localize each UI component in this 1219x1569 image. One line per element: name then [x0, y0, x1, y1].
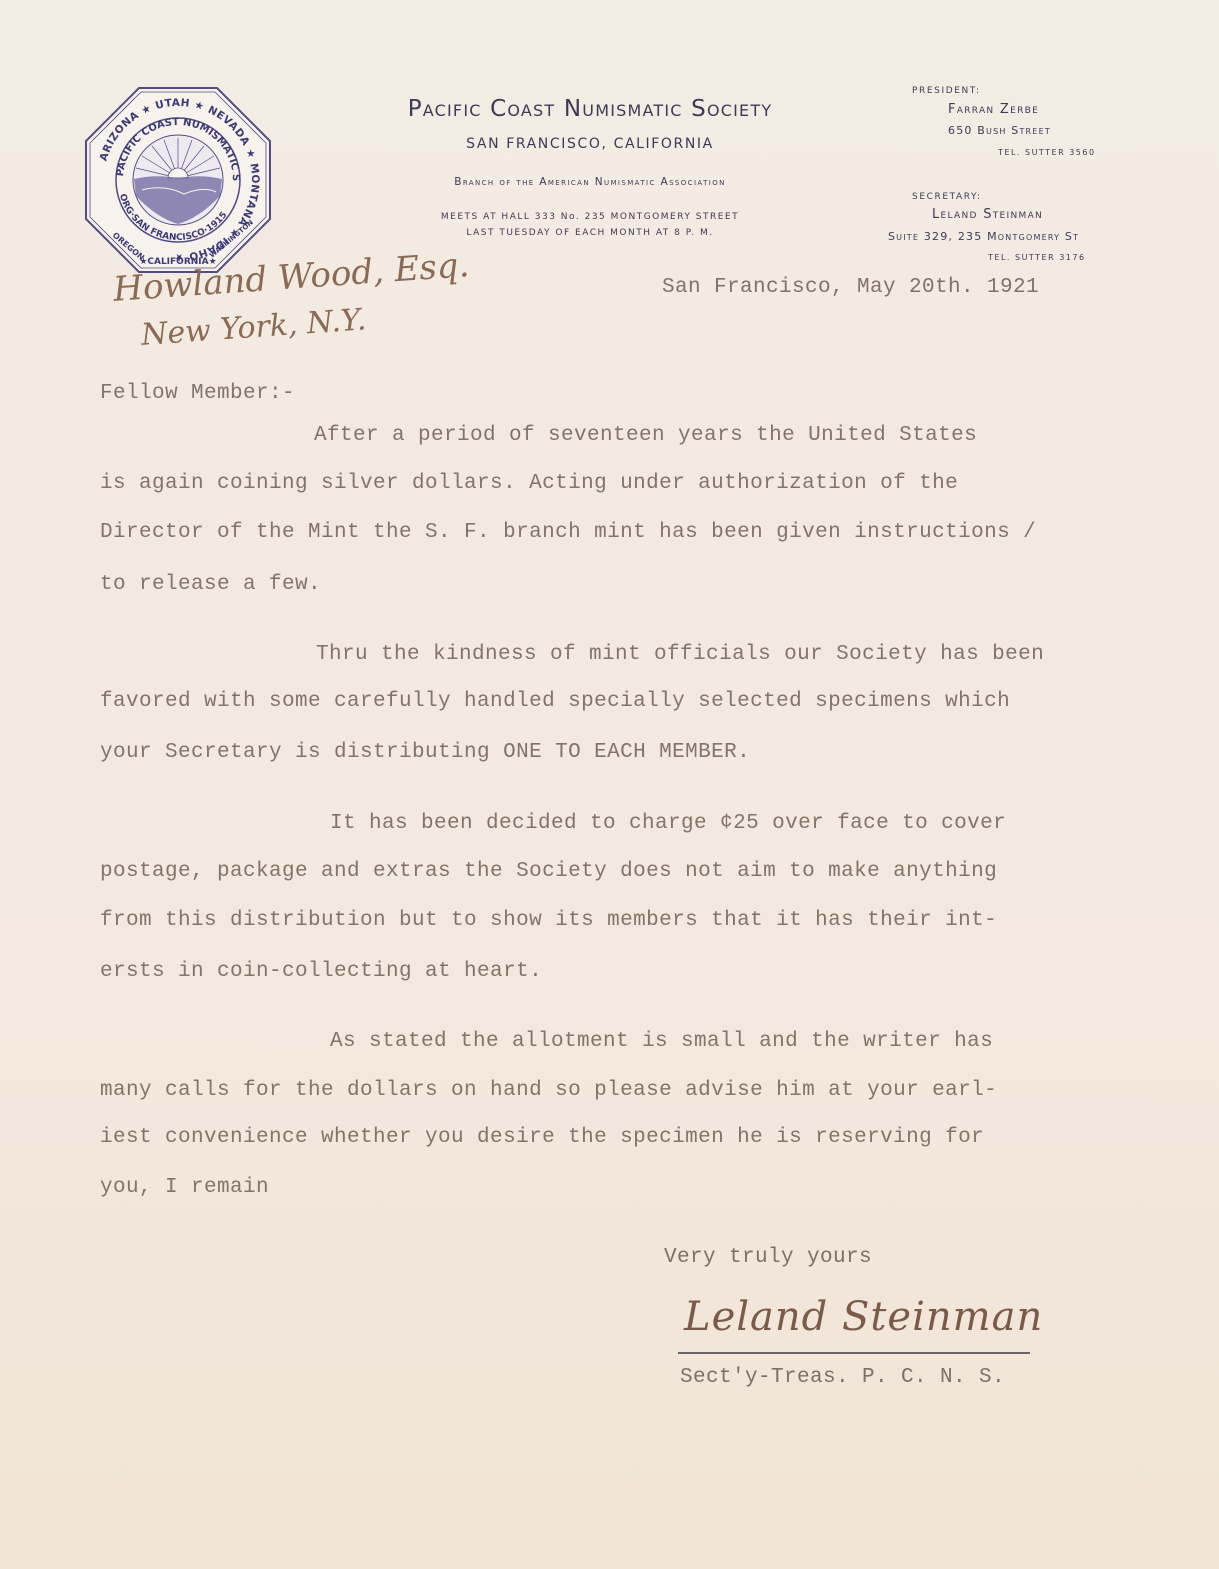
paragraph-line: iest convenience whether you desire the … — [100, 1126, 984, 1149]
meeting-schedule: LAST TUESDAY OF EACH MONTH AT 8 P. M. — [300, 228, 880, 238]
paragraph-line: Thru the kindness of mint officials our … — [316, 643, 1044, 666]
paragraph-line: from this distribution but to show its m… — [100, 909, 997, 932]
meeting-location: MEETS AT HALL 333 No. 235 MONTGOMERY STR… — [300, 212, 880, 222]
president-address: 650 Bush Street — [948, 124, 1051, 137]
president-name: Farran Zerbe — [948, 102, 1039, 117]
paragraph-line: many calls for the dollars on hand so pl… — [100, 1079, 997, 1102]
paragraph-line: After a period of seventeen years the Un… — [314, 424, 977, 447]
recipient-location-handwritten: New York, N.Y. — [140, 302, 367, 353]
paragraph-line: you, I remain — [100, 1176, 269, 1199]
paragraph-line: your Secretary is distributing ONE TO EA… — [100, 741, 750, 764]
president-telephone: TEL. SUTTER 3560 — [998, 148, 1096, 157]
paragraph-line: to release a few. — [100, 573, 321, 596]
signature-line — [678, 1352, 1030, 1354]
society-affiliation: Branch of the American Numismatic Associ… — [300, 176, 880, 188]
paragraph-line: ersts in coin-collecting at heart. — [100, 960, 542, 983]
paragraph-line: postage, package and extras the Society … — [100, 860, 997, 883]
paragraph-line: favored with some carefully handled spec… — [100, 690, 1010, 713]
signature-title: Sect'y-Treas. P. C. N. S. — [680, 1366, 1005, 1389]
salutation: Fellow Member:- — [100, 382, 295, 405]
letter-date: San Francisco, May 20th. 1921 — [662, 276, 1039, 299]
secretary-label: SECRETARY: — [912, 192, 982, 202]
seal-emblem-icon: ARIZONA ★ UTAH ★ NEVADA ★ MONTANA ★ IDAH… — [84, 86, 272, 274]
society-name-heading: Pacific Coast Numismatic Society — [300, 96, 880, 122]
society-city: SAN FRANCISCO, CALIFORNIA — [300, 136, 880, 152]
paragraph-line: It has been decided to charge ¢25 over f… — [330, 812, 1006, 835]
society-seal-logo: ARIZONA ★ UTAH ★ NEVADA ★ MONTANA ★ IDAH… — [84, 86, 272, 274]
secretary-name: Leland Steinman — [932, 207, 1043, 222]
paragraph-line: Director of the Mint the S. F. branch mi… — [100, 521, 1036, 544]
secretary-telephone: TEL. SUTTER 3176 — [988, 253, 1086, 262]
closing: Very truly yours — [664, 1246, 872, 1269]
paragraph-line: is again coining silver dollars. Acting … — [100, 472, 958, 495]
signature-handwritten: Leland Steinman — [684, 1294, 1043, 1340]
president-label: PRESIDENT: — [912, 86, 981, 96]
secretary-address: Suite 329, 235 Montgomery St — [888, 230, 1079, 243]
paragraph-line: As stated the allotment is small and the… — [330, 1030, 993, 1053]
